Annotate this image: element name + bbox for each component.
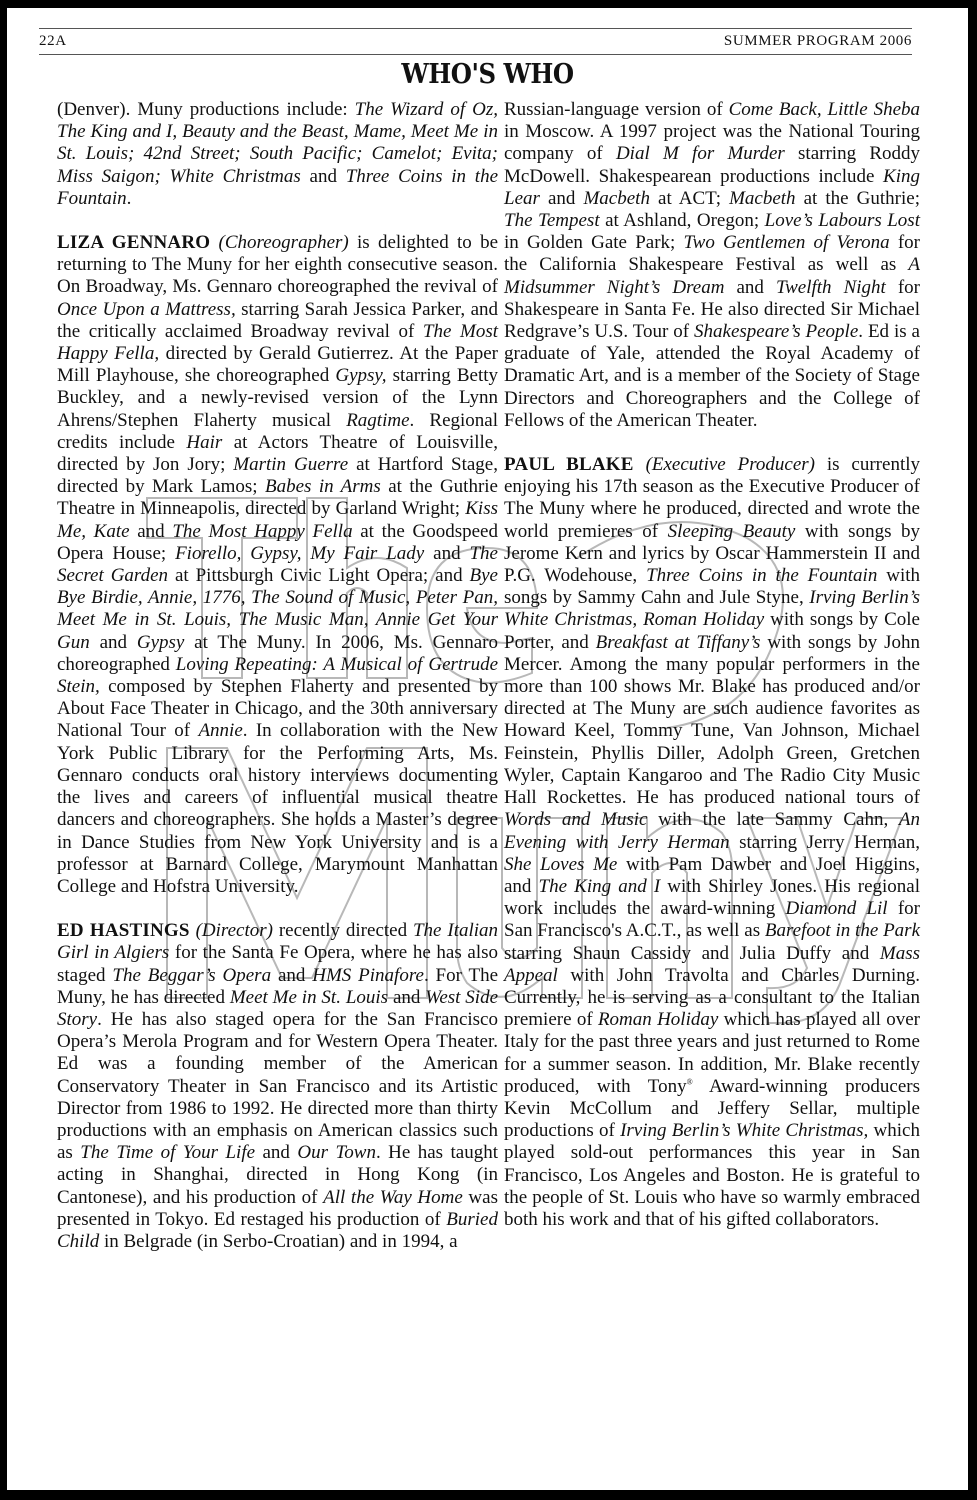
- text-run: starring Shaun Cassidy and Julia Duffy a…: [504, 943, 880, 964]
- work-title: Come Back, Little Sheba: [729, 99, 920, 120]
- work-title: Fiorello, Gypsy, My Fair Lady: [175, 543, 424, 564]
- work-title: The Beggar’s Opera: [112, 965, 271, 986]
- bio-text: is delighted to be returning to The Muny…: [57, 232, 498, 897]
- continued-bio-paragraph: Russian-language version of Come Back, L…: [504, 99, 920, 432]
- work-title: Irving Berlin’s White Christmas,: [620, 1120, 868, 1141]
- work-title: Twelfth Night: [776, 277, 886, 298]
- work-title: Martin Guerre: [233, 454, 348, 475]
- text-run: at Ashland, Oregon;: [600, 210, 765, 231]
- work-title: The Most Happy Fella: [172, 521, 352, 542]
- work-title: Ragtime: [346, 410, 409, 431]
- text-run: Russian-language version of: [504, 99, 729, 120]
- text-run: recently directed: [273, 920, 413, 941]
- text-run: at Pittsburgh Civic Light Opera; and: [168, 565, 469, 586]
- text-run: . He has also staged opera for the San F…: [57, 1009, 498, 1163]
- bio-role: (Choreographer): [219, 232, 349, 253]
- text-run: starring Jerry Herman,: [730, 832, 920, 853]
- work-title: Diamond Lil: [786, 898, 888, 919]
- bio-role: (Executive Producer): [646, 454, 815, 475]
- bio-name: ED HASTINGS: [57, 920, 190, 941]
- running-header: 22A SUMMER PROGRAM 2006: [39, 28, 912, 55]
- text-run: at the Guthrie;: [796, 188, 920, 209]
- work-title: The Time of Your Life: [80, 1142, 255, 1163]
- work-title: Dial M for Murder: [616, 143, 785, 164]
- work-title: Macbeth: [729, 188, 795, 209]
- text-run: and: [724, 277, 776, 298]
- text-run: with songs by John Mercer. Among the man…: [504, 632, 920, 808]
- bio-role: (Director): [196, 920, 273, 941]
- work-title: Meet Me in St. Louis: [230, 987, 388, 1008]
- right-column: Russian-language version of Come Back, L…: [504, 99, 920, 1253]
- text-run: (Denver). Muny productions include:: [57, 99, 355, 120]
- work-title: Shakespeare’s People: [694, 321, 858, 342]
- work-title: Gypsy: [137, 632, 184, 653]
- bio-name: PAUL BLAKE: [504, 454, 634, 475]
- work-title: Two Gentlemen of Verona: [684, 232, 890, 253]
- work-title: Breakfast at Tiffany’s: [596, 632, 761, 653]
- text-run: at ACT;: [650, 188, 729, 209]
- work-title: Babes in Arms: [265, 476, 381, 497]
- work-title: Once Upon a Mattress,: [57, 299, 236, 320]
- work-title: Barefoot in the Park: [765, 920, 920, 941]
- text-run: and: [271, 965, 312, 986]
- bio-liza-gennaro: LIZA GENNARO (Choreographer) is delighte…: [57, 232, 498, 898]
- work-title: All the Way Home: [323, 1187, 463, 1208]
- bio-paul-blake: PAUL BLAKE (Executive Producer) is curre…: [504, 454, 920, 1231]
- work-title: Three Coins in the Fountain: [646, 565, 877, 586]
- text-run: and: [540, 188, 584, 209]
- bio-name: LIZA GENNARO: [57, 232, 210, 253]
- text-run: in Golden Gate Park;: [504, 232, 684, 253]
- program-page: 22A SUMMER PROGRAM 2006 WHO'S WHO (Denve…: [7, 8, 968, 1490]
- work-title: Roman Holiday: [598, 1009, 718, 1030]
- work-title: Gypsy,: [335, 365, 386, 386]
- left-column: (Denver). Muny productions include: The …: [57, 99, 498, 1275]
- work-title: The Tempest: [504, 210, 600, 231]
- work-title: Our Town: [297, 1142, 376, 1163]
- work-title: HMS Pinafore: [312, 965, 424, 986]
- continued-bio-paragraph: (Denver). Muny productions include: The …: [57, 99, 498, 210]
- work-title: Macbeth: [583, 188, 649, 209]
- text-run: .: [127, 188, 132, 209]
- text-run: and: [90, 632, 137, 653]
- work-title: Annie: [198, 720, 242, 741]
- bio-text: is currently enjoying his 17th season as…: [504, 454, 920, 1230]
- work-title: Words and Music: [504, 809, 647, 830]
- text-run: and: [388, 987, 425, 1008]
- page-number: 22A: [39, 29, 67, 54]
- work-title: She Loves Me: [504, 854, 617, 875]
- text-run: with the late Sammy Cahn,: [647, 809, 898, 830]
- text-run: and: [301, 166, 346, 187]
- text-run: . In collaboration with the New York Pub…: [57, 720, 498, 896]
- text-run: in Belgrade (in Serbo-Croatian) and in 1…: [99, 1231, 457, 1252]
- text-run: and: [424, 543, 469, 564]
- work-title: The King and I: [539, 876, 661, 897]
- text-run: and: [130, 521, 173, 542]
- bio-text: recently directed The Italian Girl in Al…: [57, 920, 498, 1252]
- work-title: Hair: [186, 432, 222, 453]
- text-run: and: [255, 1142, 297, 1163]
- publication-title: SUMMER PROGRAM 2006: [724, 29, 912, 54]
- bio-ed-hastings: ED HASTINGS (Director) recently directed…: [57, 920, 498, 1253]
- work-title: Love’s Labours Lost: [765, 210, 920, 231]
- page-title: WHO'S WHO: [55, 59, 920, 90]
- work-title: Sleeping Beauty: [668, 521, 796, 542]
